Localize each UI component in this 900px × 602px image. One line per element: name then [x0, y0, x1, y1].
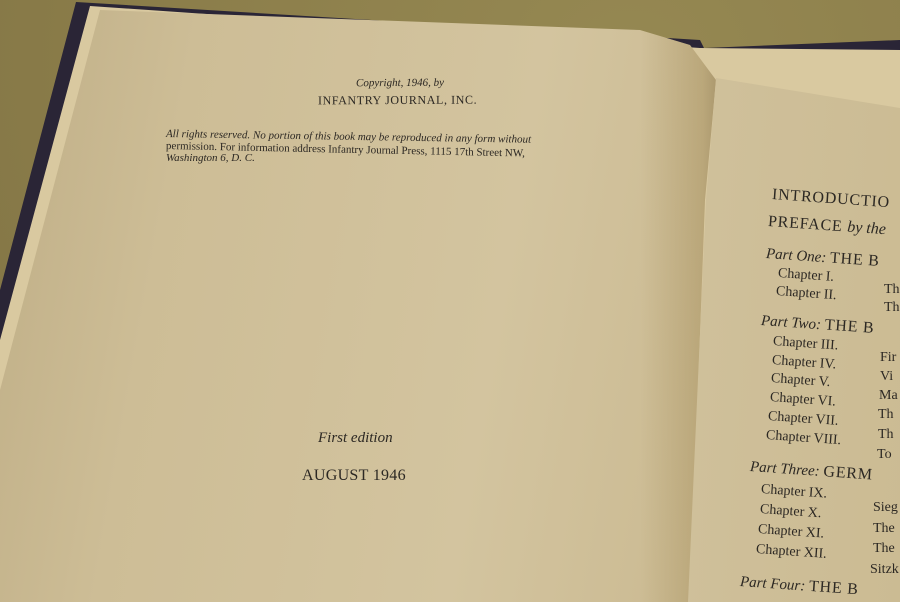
toc-chapter-title: Sitzk [870, 562, 899, 578]
part-title: GERM [823, 463, 874, 483]
edition-label: First edition [318, 430, 393, 447]
toc-chapter-title: To [877, 447, 892, 463]
part-title: THE B [808, 578, 859, 598]
toc-chapter-title: Th [884, 300, 900, 316]
part-title: THE B [829, 249, 880, 269]
part-label: Part Two: [760, 313, 821, 333]
part-label: Part Three: [749, 459, 820, 480]
part-label: Part One: [765, 246, 826, 266]
toc-chapter-title: Th [884, 282, 900, 298]
toc-chapter-title: Ma [879, 388, 898, 404]
toc-chapter-title: Sieg [873, 500, 898, 516]
part-title: THE B [824, 316, 875, 336]
copyright-line: Copyright, 1946, by [356, 77, 444, 89]
part-label: Part Four: [739, 574, 805, 595]
publisher-name: INFANTRY JOURNAL, INC. [318, 93, 477, 109]
toc-chapter-title: The [873, 521, 895, 537]
toc-chapter-title: Th [878, 427, 894, 443]
toc-chapter-title: Th [878, 407, 894, 423]
toc-chapter-title: Fir [880, 350, 896, 366]
toc-preface-by: by the [847, 219, 887, 239]
rights-notice: All rights reserved. No portion of this … [166, 128, 531, 164]
toc-chapter-title: Vi [880, 369, 893, 385]
edition-date: AUGUST 1946 [302, 467, 406, 485]
toc-chapter-title: The [873, 541, 895, 557]
